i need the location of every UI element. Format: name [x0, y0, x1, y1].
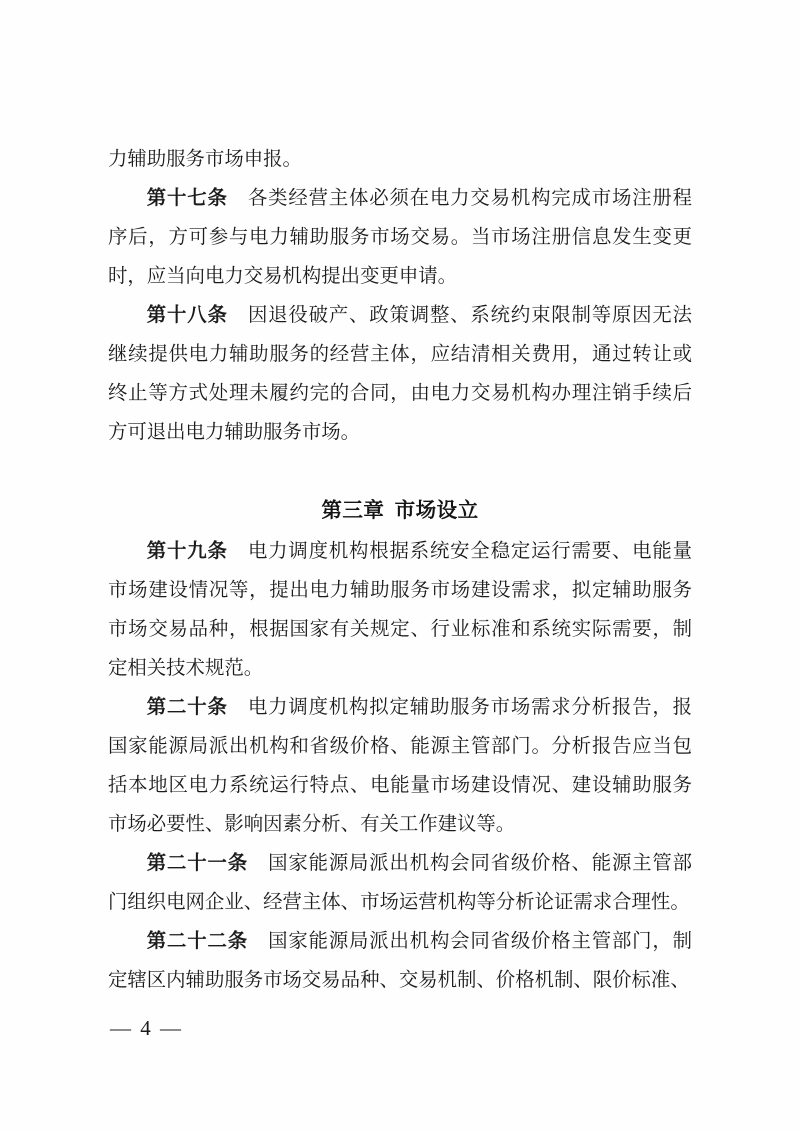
chapter-heading: 第三章 市场设立 [108, 491, 692, 530]
article-line: 定辖区内辅助服务市场交易品种、交易机制、价格机制、限价标准、 [108, 961, 692, 1000]
article-text: 序后，方可参与电力辅助服务市场交易。当市场注册信息发生变更 [108, 227, 692, 248]
article-line: 市场交易品种，根据国家有关规定、行业标准和系统实际需要，制 [108, 610, 692, 649]
article-text: 电力调度机构根据系统安全稳定运行需要、电能量 [248, 541, 692, 562]
article-line: 时，应当向电力交易机构提出变更申请。 [108, 257, 692, 296]
article-line: 市场必要性、影响因素分析、有关工作建议等。 [108, 805, 692, 844]
article-line: 第二十条 电力调度机构拟定辅助服务市场需求分析报告，报 [108, 688, 692, 727]
article-number: 第十九条 [147, 541, 228, 562]
article-text: 国家能源局派出机构会同省级价格主管部门，制 [268, 931, 692, 952]
article-line: 门组织电网企业、经营主体、市场运营机构等分析论证需求合理性。 [108, 883, 692, 922]
article-text: 定辖区内辅助服务市场交易品种、交易机制、价格机制、限价标准、 [108, 970, 690, 991]
article-line: 国家能源局派出机构和省级价格、能源主管部门。分析报告应当包 [108, 727, 692, 766]
article-line: 终止等方式处理未履约完的合同，由电力交易机构办理注销手续后 [108, 374, 692, 413]
article-text: 国家能源局派出机构会同省级价格、能源主管部 [268, 853, 692, 874]
article-text: 方可退出电力辅助服务市场。 [108, 422, 360, 443]
article-number: 第十七条 [147, 188, 228, 209]
article-text: 力辅助服务市场申报。 [108, 149, 302, 170]
article-line: 继续提供电力辅助服务的经营主体，应结清相关费用，通过转让或 [108, 335, 692, 374]
page-number: — 4 — [110, 1016, 183, 1040]
article-number: 第二十一条 [147, 853, 248, 874]
document-body: 力辅助服务市场申报。第十七条 各类经营主体必须在电力交易机构完成市场注册程序后，… [108, 140, 692, 1000]
article-text: 定相关技术规范。 [108, 658, 263, 679]
article-text: 因退役破产、政策调整、系统约束限制等原因无法 [248, 305, 692, 326]
article-line: 第十九条 电力调度机构根据系统安全稳定运行需要、电能量 [108, 532, 692, 571]
article-line: 第二十二条 国家能源局派出机构会同省级价格主管部门，制 [108, 922, 692, 961]
article-number: 第二十二条 [147, 931, 248, 952]
article-line: 第十七条 各类经营主体必须在电力交易机构完成市场注册程 [108, 179, 692, 218]
article-line: 定相关技术规范。 [108, 649, 692, 688]
article-line: 方可退出电力辅助服务市场。 [108, 413, 692, 452]
article-text: 终止等方式处理未履约完的合同，由电力交易机构办理注销手续后 [108, 383, 692, 404]
article-text: 市场建设情况等，提出电力辅助服务市场建设需求，拟定辅助服务 [108, 580, 692, 601]
article-text: 各类经营主体必须在电力交易机构完成市场注册程 [248, 188, 692, 209]
article-number: 第二十条 [147, 697, 228, 718]
article-line: 序后，方可参与电力辅助服务市场交易。当市场注册信息发生变更 [108, 218, 692, 257]
article-text: 括本地区电力系统运行特点、电能量市场建设情况、建设辅助服务 [108, 775, 692, 796]
paragraph-continuation-line: 力辅助服务市场申报。 [108, 140, 692, 179]
article-text: 国家能源局派出机构和省级价格、能源主管部门。分析报告应当包 [108, 736, 692, 757]
article-text: 门组织电网企业、经营主体、市场运营机构等分析论证需求合理性。 [108, 892, 690, 913]
article-line: 括本地区电力系统运行特点、电能量市场建设情况、建设辅助服务 [108, 766, 692, 805]
document-page: 力辅助服务市场申报。第十七条 各类经营主体必须在电力交易机构完成市场注册程序后，… [0, 0, 800, 1131]
article-line: 第十八条 因退役破产、政策调整、系统约束限制等原因无法 [108, 296, 692, 335]
article-text: 时，应当向电力交易机构提出变更申请。 [108, 266, 457, 287]
article-text: 市场交易品种，根据国家有关规定、行业标准和系统实际需要，制 [108, 619, 692, 640]
article-text: 电力调度机构拟定辅助服务市场需求分析报告，报 [248, 697, 692, 718]
article-text: 继续提供电力辅助服务的经营主体，应结清相关费用，通过转让或 [108, 344, 692, 365]
article-line: 市场建设情况等，提出电力辅助服务市场建设需求，拟定辅助服务 [108, 571, 692, 610]
article-text: 市场必要性、影响因素分析、有关工作建议等。 [108, 814, 515, 835]
article-line: 第二十一条 国家能源局派出机构会同省级价格、能源主管部 [108, 844, 692, 883]
article-number: 第十八条 [147, 305, 228, 326]
